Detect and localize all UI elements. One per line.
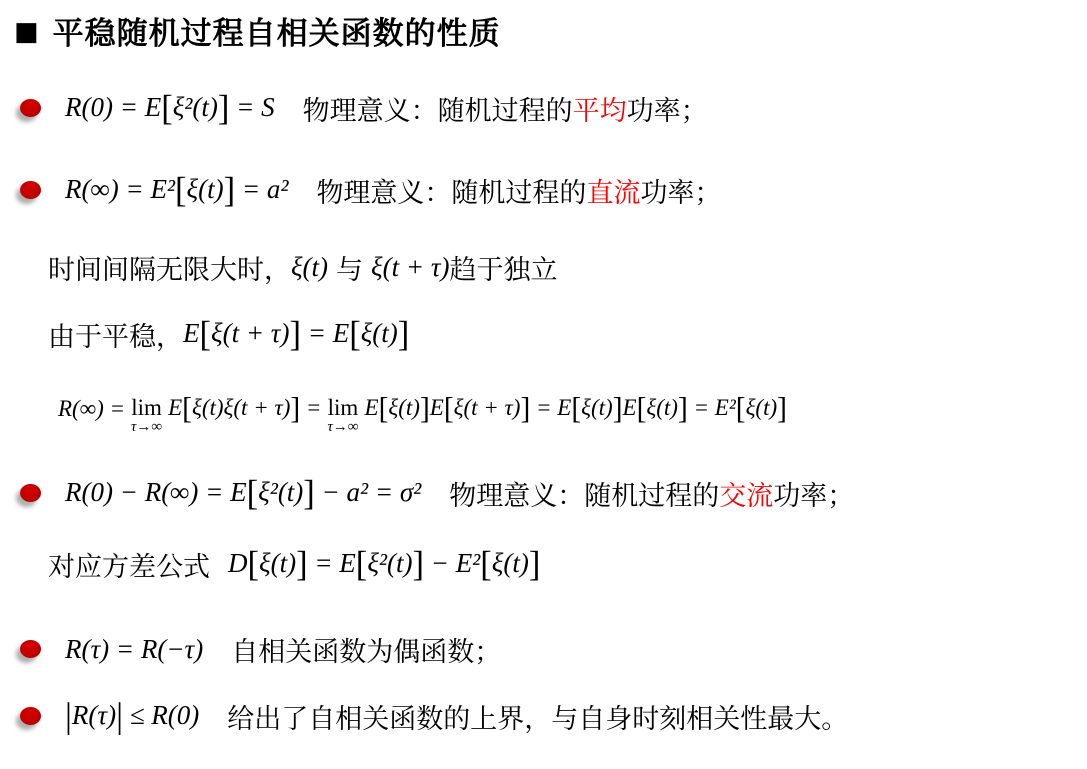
bullet-item-dc-power: R(∞) = E²[ξ(t)] = a² 物理意义：随机过程的直流功率； bbox=[20, 162, 721, 218]
derivation-part-1: R(∞) = bbox=[58, 396, 125, 422]
bullet-item-upper-bound: |R(τ)| ≤ R(0) 给出了自相关函数的上界，与自身时刻相关性最大。 bbox=[20, 688, 848, 744]
line-stationarity: 由于平稳， E[ξ(t + τ)] = E[ξ(t)] bbox=[48, 306, 409, 362]
bullet-item-average-power: R(0) = E[ξ²(t)] = S 物理意义：随机过程的平均功率； bbox=[20, 80, 708, 136]
even-function-text: 自相关函数为偶函数； bbox=[231, 630, 501, 669]
meaning-dc-power: 物理意义：随机过程的直流功率； bbox=[316, 171, 721, 210]
meaning-text-after: 功率； bbox=[773, 481, 854, 511]
black-square-bullet-icon: ■ bbox=[14, 19, 39, 45]
bullet-item-even-function: R(τ) = R(−τ) 自相关函数为偶函数； bbox=[20, 621, 501, 677]
variance-text: 对应方差公式 bbox=[48, 545, 210, 584]
limit-operator: limτ→∞ bbox=[327, 396, 358, 436]
formula-variance: D[ξ(t)] = E[ξ²(t)] − E²[ξ(t)] bbox=[228, 548, 540, 581]
derivation-part-3: E[ξ(t)]E[ξ(t + τ)] = E[ξ(t)]E[ξ(t)] = E²… bbox=[365, 395, 787, 422]
independence-text-2: 与 bbox=[336, 248, 363, 287]
red-dot-bullet-icon bbox=[20, 640, 41, 658]
meaning-text-before: 物理意义：随机过程的 bbox=[449, 481, 719, 511]
formula-xi-t-tau: ξ(t + τ) bbox=[371, 252, 449, 283]
meaning-text-after: 功率； bbox=[640, 178, 721, 208]
slide-title-row: ■ 平稳随机过程自相关函数的性质 bbox=[14, 8, 501, 53]
meaning-text-after: 功率； bbox=[627, 96, 708, 126]
formula-upper-bound: |R(τ)| ≤ R(0) bbox=[65, 700, 199, 733]
slide: ■ 平稳随机过程自相关函数的性质 R(0) = E[ξ²(t)] = S 物理意… bbox=[0, 0, 1087, 769]
lim-symbol: lim bbox=[328, 396, 359, 419]
line-variance: 对应方差公式 D[ξ(t)] = E[ξ²(t)] − E²[ξ(t)] bbox=[48, 536, 540, 592]
formula-xi-t: ξ(t) bbox=[291, 252, 328, 283]
stationarity-text: 由于平稳， bbox=[48, 315, 183, 354]
red-dot-bullet-icon bbox=[20, 484, 41, 502]
meaning-ac-power: 物理意义：随机过程的交流功率； bbox=[449, 474, 854, 513]
derivation-part-2: E[ξ(t)ξ(t + τ)] = bbox=[168, 395, 321, 422]
upper-bound-text: 给出了自相关函数的上界，与自身时刻相关性最大。 bbox=[227, 697, 848, 736]
highlight-average: 平均 bbox=[573, 96, 627, 126]
red-dot-bullet-icon bbox=[20, 181, 41, 199]
formula-stationary-mean: E[ξ(t + τ)] = E[ξ(t)] bbox=[183, 318, 409, 351]
meaning-text-before: 物理意义：随机过程的 bbox=[303, 96, 573, 126]
meaning-average-power: 物理意义：随机过程的平均功率； bbox=[303, 89, 708, 128]
red-dot-bullet-icon bbox=[20, 99, 41, 117]
independence-text-3: 趋于独立 bbox=[449, 248, 557, 287]
formula-r-infinity: R(∞) = E²[ξ(t)] = a² bbox=[65, 174, 288, 207]
formula-even: R(τ) = R(−τ) bbox=[65, 634, 203, 665]
line-independence: 时间间隔无限大时， ξ(t) 与 ξ(t + τ) 趋于独立 bbox=[48, 239, 557, 295]
independence-text-1: 时间间隔无限大时， bbox=[48, 248, 291, 287]
highlight-ac: 交流 bbox=[719, 481, 773, 511]
red-dot-bullet-icon bbox=[20, 707, 41, 725]
line-derivation: R(∞) = limτ→∞ E[ξ(t)ξ(t + τ)] = limτ→∞ E… bbox=[58, 381, 787, 437]
lim-subscript: τ→∞ bbox=[131, 419, 162, 436]
formula-ac-power: R(0) − R(∞) = E[ξ²(t)] − a² = σ² bbox=[65, 477, 421, 510]
bullet-item-ac-power: R(0) − R(∞) = E[ξ²(t)] − a² = σ² 物理意义：随机… bbox=[20, 465, 854, 521]
lim-subscript: τ→∞ bbox=[327, 419, 358, 436]
limit-operator: limτ→∞ bbox=[131, 396, 162, 436]
lim-symbol: lim bbox=[131, 396, 162, 419]
meaning-text-before: 物理意义：随机过程的 bbox=[316, 178, 586, 208]
page-title: 平稳随机过程自相关函数的性质 bbox=[53, 8, 501, 53]
highlight-dc: 直流 bbox=[586, 178, 640, 208]
formula-r0: R(0) = E[ξ²(t)] = S bbox=[65, 92, 275, 125]
